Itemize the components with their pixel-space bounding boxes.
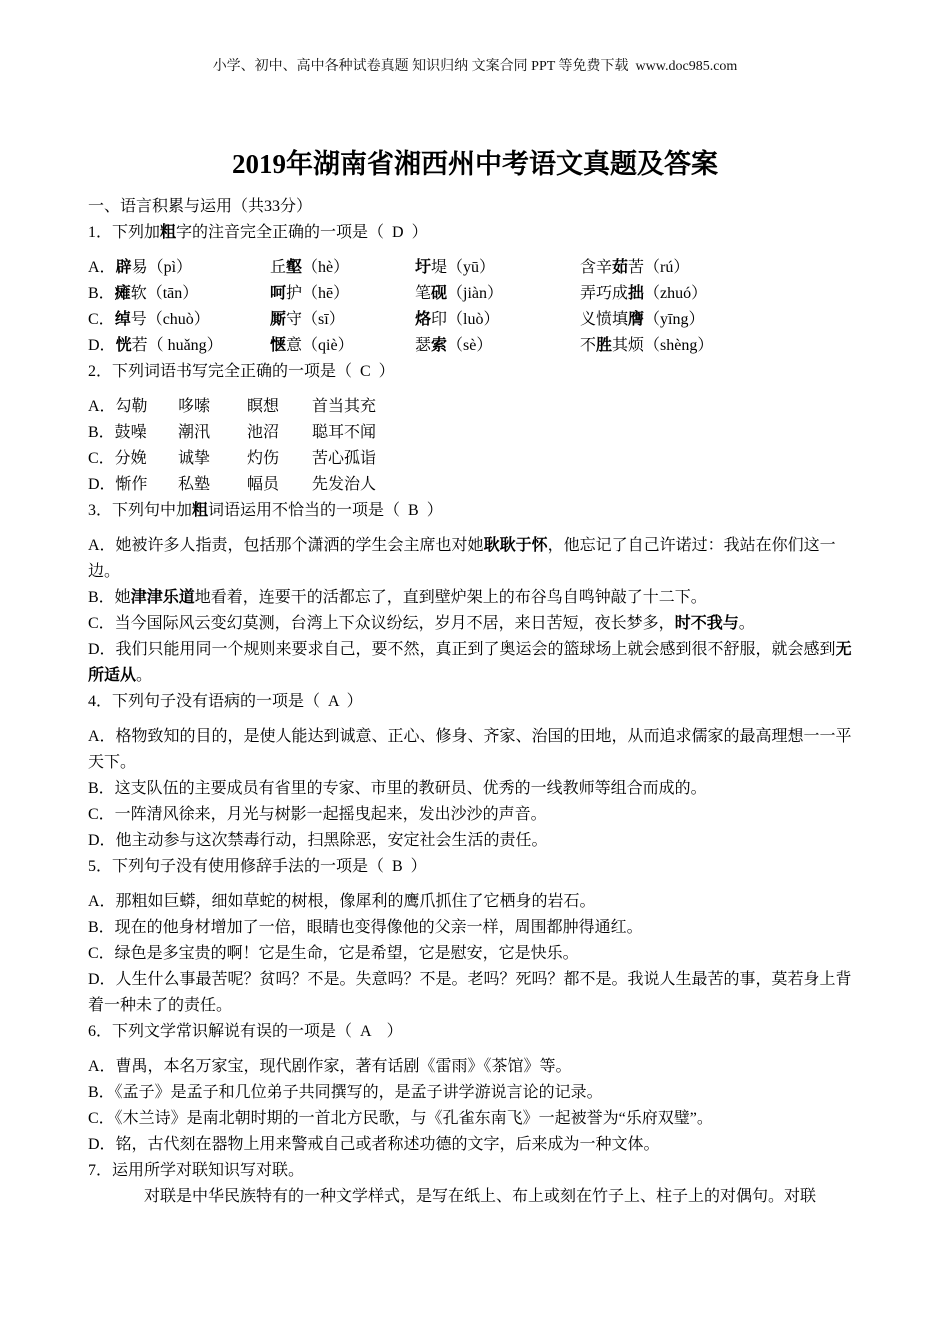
text-segment: D．他主动参与这次禁毒行动，扫黑除恶，安定社会生活的责任。 xyxy=(88,832,548,849)
bold-text: 恍 xyxy=(116,337,132,354)
text-segment: 池沼 xyxy=(247,424,279,441)
text-segment: D． xyxy=(88,337,116,354)
text-segment: 聪耳不闻 xyxy=(312,424,376,441)
text-segment: B． xyxy=(88,285,115,302)
text-segment: 。 xyxy=(739,615,755,632)
option-row: B．现在的他身材增加了一倍，眼睛也变得像他的父亲一样，周围都肿得通红。 xyxy=(88,915,862,941)
option-row: A．曹禺，本名万家宝，现代剧作家，著有话剧《雷雨》《茶馆》等。 xyxy=(88,1054,862,1080)
text-segment: 含辛 xyxy=(580,259,612,276)
option-row: C．《木兰诗》是南北朝时期的一首北方民歌，与《孔雀东南飞》一起被誉为“乐府双璧”… xyxy=(88,1106,862,1132)
option-row: B．鼓噪潮汛池沼聪耳不闻 xyxy=(88,420,862,446)
bold-text: 粗 xyxy=(160,224,176,241)
site-header-line: 小学、初中、高中各种试卷真题 知识归纳 文案合同 PPT 等免费下载 www.d… xyxy=(0,0,950,77)
text-segment: 笔 xyxy=(415,285,431,302)
option-cell: 诚挚 xyxy=(178,446,247,472)
text-segment: D．铭，古代刻在器物上用来警戒自己或者称述功德的文字，后来成为一种文体。 xyxy=(88,1136,660,1153)
option-cell: 潮汛 xyxy=(178,420,247,446)
question-stem: 3．下列句中加粗词语运用不恰当的一项是（ B ） xyxy=(88,498,862,524)
text-segment: 先发治人 xyxy=(312,476,376,493)
text-segment: （zhuó） xyxy=(644,285,707,302)
text-segment: 一、语言积累与运用（共33分） xyxy=(88,198,312,215)
text-segment: 6．下列文学常识解说有误的一项是（ A ） xyxy=(88,1023,403,1040)
option-cell: 哆嗦 xyxy=(178,394,247,420)
bold-text: 索 xyxy=(431,337,447,354)
text-segment: 首当其充 xyxy=(312,398,376,415)
bold-text: 辟 xyxy=(116,259,132,276)
text-segment: C．《木兰诗》是南北朝时期的一首北方民歌，与《孔雀东南飞》一起被誉为“乐府双璧”… xyxy=(88,1110,713,1127)
option-row: D．恍若（ huǎng）惬意（qiè）瑟索（sè）不胜其烦（shèng） xyxy=(88,333,862,359)
option-row: D．惭作私塾幅员先发治人 xyxy=(88,472,862,498)
text-segment: 不 xyxy=(580,337,596,354)
option-cell: 笔砚（jiàn） xyxy=(415,281,580,307)
text-segment: 苦心孤诣 xyxy=(312,450,376,467)
question-stem: 5．下列句子没有使用修辞手法的一项是（ B ） xyxy=(88,854,862,880)
bold-text: 津津乐道 xyxy=(131,589,195,606)
option-cell: 不胜其烦（shèng） xyxy=(580,333,713,359)
option-cell: D．惭作 xyxy=(88,472,178,498)
text-segment: 4．下列句子没有语病的一项是（ A ） xyxy=(88,693,363,710)
text-segment: 苦（rú） xyxy=(628,259,689,276)
option-cell: 苦心孤诣 xyxy=(312,446,376,472)
text-segment: 1．下列加 xyxy=(88,224,160,241)
text-segment: 5．下列句子没有使用修辞手法的一项是（ B ） xyxy=(88,858,427,875)
option-cell: A．辟易（pì） xyxy=(88,255,270,281)
option-row: C．绰号（chuò）厮守（sī）烙印（luò）义愤填膺（yīng） xyxy=(88,307,862,333)
option-cell: 厮守（sī） xyxy=(270,307,415,333)
text-segment: B．现在的他身材增加了一倍，眼睛也变得像他的父亲一样，周围都肿得通红。 xyxy=(88,919,643,936)
bold-text: 拙 xyxy=(628,285,644,302)
option-cell: 先发治人 xyxy=(312,472,376,498)
text-segment: 私塾 xyxy=(178,476,210,493)
text-segment: A． xyxy=(88,259,116,276)
text-segment: A．格物致知的目的，是使人能达到诚意、正心、修身、齐家、治国的田地，从而追求儒家… xyxy=(88,728,852,771)
text-segment: B．鼓噪 xyxy=(88,424,147,441)
option-cell: 聪耳不闻 xyxy=(312,420,376,446)
option-cell: 私塾 xyxy=(178,472,247,498)
option-cell: A．勾勒 xyxy=(88,394,178,420)
option-cell: 烙印（luò） xyxy=(415,307,580,333)
text-segment: 义愤填 xyxy=(580,311,628,328)
option-cell: 池沼 xyxy=(247,420,312,446)
bold-text: 粗 xyxy=(192,502,208,519)
question-stem: 2．下列词语书写完全正确的一项是（ C ） xyxy=(88,359,862,385)
text-segment: 字的注音完全正确的一项是（ D ） xyxy=(176,224,428,241)
option-cell: 幅员 xyxy=(247,472,312,498)
question-stem: 6．下列文学常识解说有误的一项是（ A ） xyxy=(88,1019,862,1045)
question-stem: 1．下列加粗字的注音完全正确的一项是（ D ） xyxy=(88,220,862,246)
option-cell: 灼伤 xyxy=(247,446,312,472)
option-cell: 丘壑（hè） xyxy=(270,255,415,281)
question-stem: 7．运用所学对联知识写对联。 xyxy=(88,1158,862,1184)
question-stem: 4．下列句子没有语病的一项是（ A ） xyxy=(88,689,862,715)
option-row: A．她被许多人指责，包括那个潇洒的学生会主席也对她耿耿于怀，他忘记了自己许诺过：… xyxy=(88,533,862,585)
text-segment: 瑟 xyxy=(415,337,431,354)
bold-text: 茹 xyxy=(612,259,628,276)
text-segment: A．勾勒 xyxy=(88,398,148,415)
option-cell: C．绰号（chuò） xyxy=(88,307,270,333)
text-segment: 堤（yū） xyxy=(431,259,495,276)
text-segment: 对联是中华民族特有的一种文学样式，是写在纸上、布上或刻在竹子上、柱子上的对偶句。… xyxy=(144,1188,816,1205)
option-cell: 义愤填膺（yīng） xyxy=(580,307,704,333)
text-segment: 2．下列词语书写完全正确的一项是（ C ） xyxy=(88,363,395,380)
bold-text: 瘫 xyxy=(115,285,131,302)
option-row: A．勾勒哆嗦瞑想首当其充 xyxy=(88,394,862,420)
option-row: C．绿色是多宝贵的啊！它是生命，它是希望，它是慰安，它是快乐。 xyxy=(88,941,862,967)
bold-text: 砚 xyxy=(431,285,447,302)
bold-text: 绰 xyxy=(115,311,131,328)
option-cell: 瞑想 xyxy=(247,394,312,420)
option-row: D．我们只能用同一个规则来要求自己，要不然，真正到了奥运会的篮球场上就会感到很不… xyxy=(88,637,862,689)
text-segment: 。 xyxy=(136,667,152,684)
option-row: B．她津津乐道地看着，连要干的活都忘了，直到壁炉架上的布谷鸟自鸣钟敲了十二下。 xyxy=(88,585,862,611)
option-cell: B．瘫软（tān） xyxy=(88,281,270,307)
option-row: A．格物致知的目的，是使人能达到诚意、正心、修身、齐家、治国的田地，从而追求儒家… xyxy=(88,724,862,776)
text-segment: 诚挚 xyxy=(178,450,210,467)
text-segment: A．曹禺，本名万家宝，现代剧作家，著有话剧《雷雨》《茶馆》等。 xyxy=(88,1058,572,1075)
option-row: D．铭，古代刻在器物上用来警戒自己或者称述功德的文字，后来成为一种文体。 xyxy=(88,1132,862,1158)
text-segment: （sè） xyxy=(447,337,492,354)
option-cell: 首当其充 xyxy=(312,394,376,420)
text-segment: C．一阵清风徐来，月光与树影一起摇曳起来，发出沙沙的声音。 xyxy=(88,806,547,823)
text-segment: 哆嗦 xyxy=(178,398,210,415)
document-body: 一、语言积累与运用（共33分）1．下列加粗字的注音完全正确的一项是（ D ）A．… xyxy=(88,194,862,1210)
bold-text: 圩 xyxy=(415,259,431,276)
option-row: D．人生什么事最苦呢？贫吗？不是。失意吗？不是。老吗？死吗？都不是。我说人生最苦… xyxy=(88,967,862,1019)
text-segment: 地看着，连要干的活都忘了，直到壁炉架上的布谷鸟自鸣钟敲了十二下。 xyxy=(195,589,707,606)
text-segment: （jiàn） xyxy=(447,285,503,302)
text-segment: 瞑想 xyxy=(247,398,279,415)
text-segment: 护（hē） xyxy=(286,285,349,302)
text-segment: 潮汛 xyxy=(178,424,210,441)
page-title: 2019年湖南省湘西州中考语文真题及答案 xyxy=(0,147,950,181)
text-segment: B．她 xyxy=(88,589,131,606)
option-row: C．当今国际风云变幻莫测，台湾上下众议纷纭，岁月不居，来日苦短，夜长梦多，时不我… xyxy=(88,611,862,637)
text-segment: 弄巧成 xyxy=(580,285,628,302)
option-cell: 含辛茹苦（rú） xyxy=(580,255,689,281)
section-heading: 一、语言积累与运用（共33分） xyxy=(88,194,862,220)
text-segment: C．当今国际风云变幻莫测，台湾上下众议纷纭，岁月不居，来日苦短，夜长梦多， xyxy=(88,615,675,632)
text-segment: 7．运用所学对联知识写对联。 xyxy=(88,1162,304,1179)
bold-text: 时不我与 xyxy=(675,615,739,632)
option-cell: 弄巧成拙（zhuó） xyxy=(580,281,707,307)
text-segment: 幅员 xyxy=(247,476,279,493)
option-row: A．辟易（pì）丘壑（hè）圩堤（yū）含辛茹苦（rú） xyxy=(88,255,862,281)
option-row: B．这支队伍的主要成员有省里的专家、市里的教研员、优秀的一线教师等组合而成的。 xyxy=(88,776,862,802)
exam-document-page: 小学、初中、高中各种试卷真题 知识归纳 文案合同 PPT 等免费下载 www.d… xyxy=(0,0,950,1344)
bold-text: 膺 xyxy=(628,311,644,328)
text-segment: B．《孟子》是孟子和几位弟子共同撰写的，是孟子讲学游说言论的记录。 xyxy=(88,1084,603,1101)
paragraph: 对联是中华民族特有的一种文学样式，是写在纸上、布上或刻在竹子上、柱子上的对偶句。… xyxy=(88,1184,862,1210)
bold-text: 耿耿于怀 xyxy=(484,537,548,554)
text-segment: 号（chuò） xyxy=(131,311,210,328)
text-segment: 3．下列句中加 xyxy=(88,502,192,519)
bold-text: 呵 xyxy=(270,285,286,302)
text-segment: 守（sī） xyxy=(286,311,345,328)
option-cell: D．恍若（ huǎng） xyxy=(88,333,270,359)
option-cell: 圩堤（yū） xyxy=(415,255,580,281)
option-row: B．瘫软（tān）呵护（hē）笔砚（jiàn）弄巧成拙（zhuó） xyxy=(88,281,862,307)
text-segment: D．我们只能用同一个规则来要求自己，要不然，真正到了奥运会的篮球场上就会感到很不… xyxy=(88,641,836,658)
option-cell: C．分娩 xyxy=(88,446,178,472)
text-segment: 词语运用不恰当的一项是（ B ） xyxy=(208,502,443,519)
text-segment: C．分娩 xyxy=(88,450,147,467)
text-segment: A．那粗如巨蟒，细如草蛇的树根，像犀利的鹰爪抓住了它栖身的岩石。 xyxy=(88,893,596,910)
text-segment: B．这支队伍的主要成员有省里的专家、市里的教研员、优秀的一线教师等组合而成的。 xyxy=(88,780,707,797)
text-segment: 印（luò） xyxy=(431,311,499,328)
text-segment: 若（ huǎng） xyxy=(132,337,223,354)
option-row: D．他主动参与这次禁毒行动，扫黑除恶，安定社会生活的责任。 xyxy=(88,828,862,854)
text-segment: 其烦（shèng） xyxy=(612,337,713,354)
text-segment: 意（qiè） xyxy=(286,337,354,354)
bold-text: 壑 xyxy=(286,259,302,276)
bold-text: 胜 xyxy=(596,337,612,354)
text-segment: C．绿色是多宝贵的啊！它是生命，它是希望，它是慰安，它是快乐。 xyxy=(88,945,579,962)
bold-text: 烙 xyxy=(415,311,431,328)
option-cell: 惬意（qiè） xyxy=(270,333,415,359)
option-cell: 呵护（hē） xyxy=(270,281,415,307)
text-segment: C． xyxy=(88,311,115,328)
text-segment: 灼伤 xyxy=(247,450,279,467)
option-cell: B．鼓噪 xyxy=(88,420,178,446)
option-row: B．《孟子》是孟子和几位弟子共同撰写的，是孟子讲学游说言论的记录。 xyxy=(88,1080,862,1106)
option-row: C．分娩诚挚灼伤苦心孤诣 xyxy=(88,446,862,472)
text-segment: （yīng） xyxy=(644,311,704,328)
text-segment: 易（pì） xyxy=(132,259,192,276)
text-segment: D．人生什么事最苦呢？贫吗？不是。失意吗？不是。老吗？死吗？都不是。我说人生最苦… xyxy=(88,971,852,1014)
option-cell: 瑟索（sè） xyxy=(415,333,580,359)
bold-text: 厮 xyxy=(270,311,286,328)
text-segment: （hè） xyxy=(302,259,349,276)
text-segment: D．惭作 xyxy=(88,476,148,493)
bold-text: 惬 xyxy=(270,337,286,354)
text-segment: 丘 xyxy=(270,259,286,276)
option-row: A．那粗如巨蟒，细如草蛇的树根，像犀利的鹰爪抓住了它栖身的岩石。 xyxy=(88,889,862,915)
text-segment: 软（tān） xyxy=(131,285,199,302)
text-segment: A．她被许多人指责，包括那个潇洒的学生会主席也对她 xyxy=(88,537,484,554)
option-row: C．一阵清风徐来，月光与树影一起摇曳起来，发出沙沙的声音。 xyxy=(88,802,862,828)
